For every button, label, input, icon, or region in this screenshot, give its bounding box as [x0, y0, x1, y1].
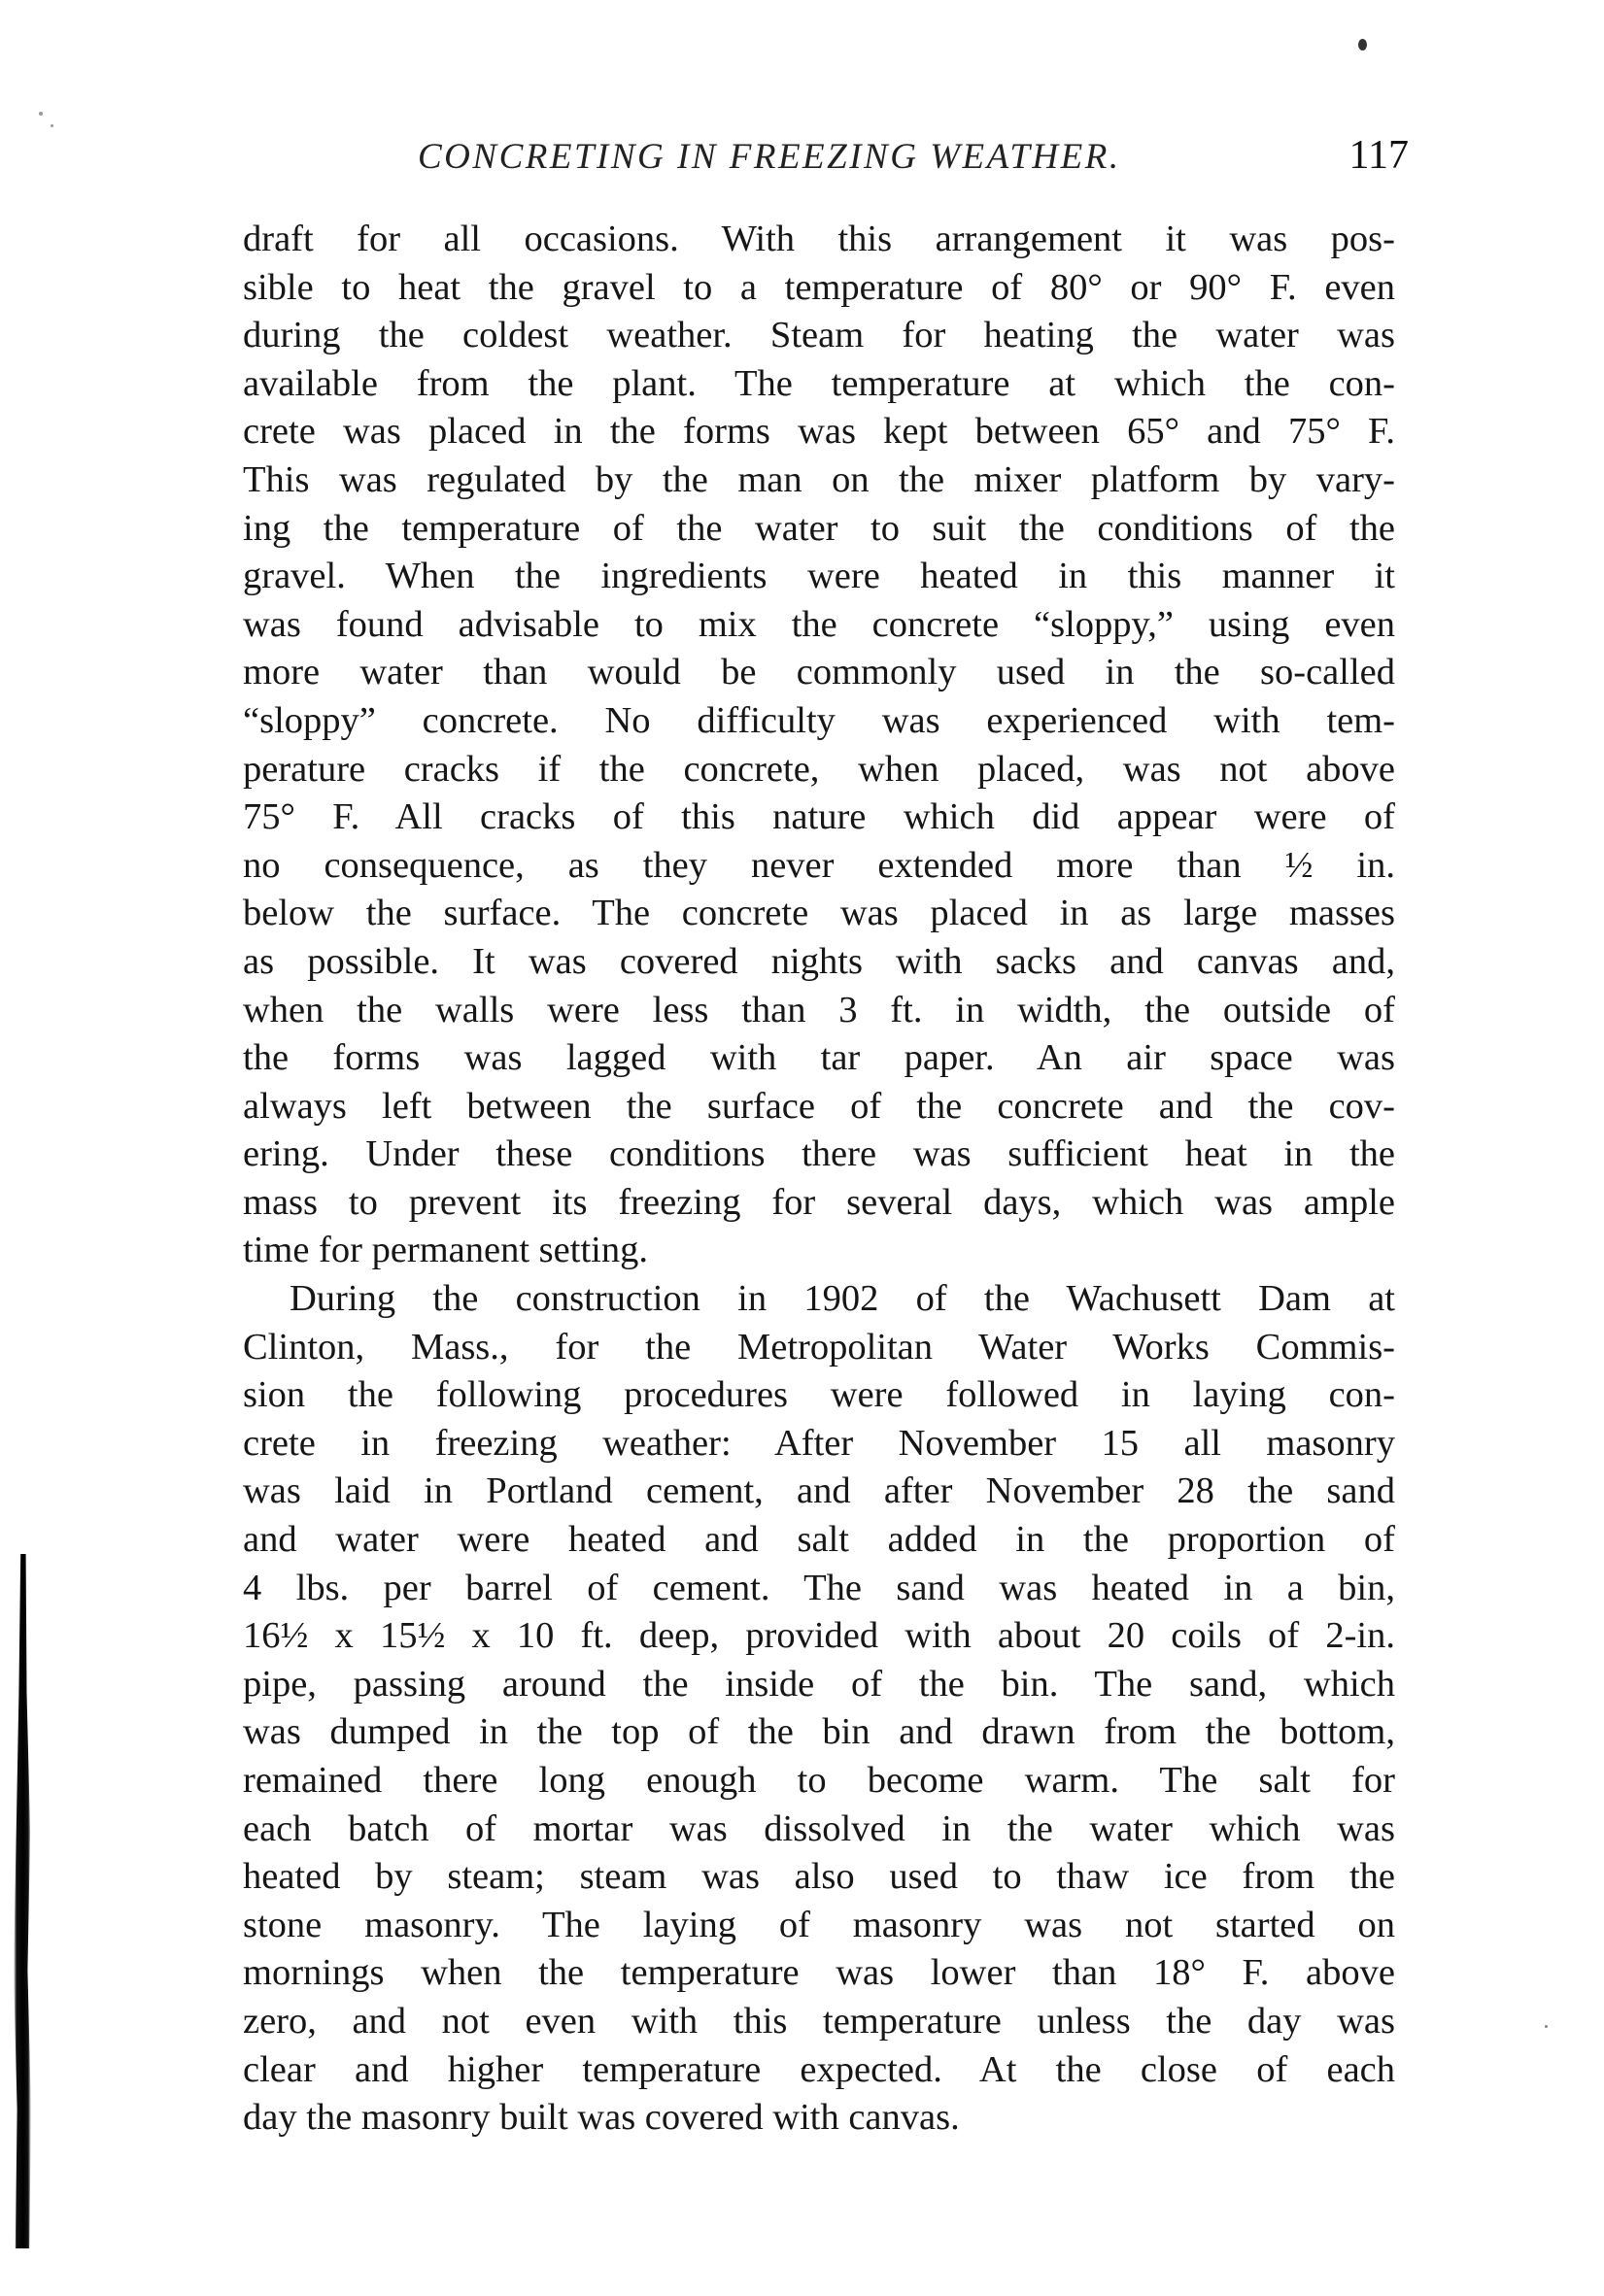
- text-line: 4 lbs. per barrel of cement. The sand wa…: [243, 1565, 1395, 1613]
- body-text: draft for all occasions. With this arran…: [243, 216, 1395, 2143]
- text-line: clear and higher temperature expected. A…: [243, 2046, 1395, 2095]
- text-line: sion the following procedures were follo…: [243, 1371, 1395, 1420]
- text-line: was found advisable to mix the concrete …: [243, 601, 1395, 650]
- text-line: mornings when the temperature was lower …: [243, 1949, 1395, 1998]
- text-line: draft for all occasions. With this arran…: [243, 216, 1395, 264]
- text-line: as possible. It was covered nights with …: [243, 938, 1395, 987]
- text-line: crete in freezing weather: After Novembe…: [243, 1420, 1395, 1469]
- text-line: Clinton, Mass., for the Metropolitan Wat…: [243, 1324, 1395, 1372]
- text-line: when the walls were less than 3 ft. in w…: [243, 987, 1395, 1035]
- scan-artifact: [1545, 2025, 1548, 2028]
- text-line: day the masonry built was covered with c…: [243, 2094, 1395, 2143]
- text-line: was dumped in the top of the bin and dra…: [243, 1708, 1395, 1757]
- text-line: perature cracks if the concrete, when pl…: [243, 746, 1395, 794]
- text-line: 16½ x 15½ x 10 ft. deep, provided with a…: [243, 1612, 1395, 1661]
- text-line: each batch of mortar was dissolved in th…: [243, 1806, 1395, 1854]
- text-line: crete was placed in the forms was kept b…: [243, 408, 1395, 456]
- page-header: CONCRETING IN FREEZING WEATHER. 117: [418, 136, 1409, 194]
- page-number: 117: [1349, 132, 1409, 179]
- scan-artifact: [1358, 39, 1367, 51]
- text-line: sible to heat the gravel to a temperatur…: [243, 264, 1395, 313]
- text-line: available from the plant. The temperatur…: [243, 360, 1395, 409]
- text-line: mass to prevent its freezing for several…: [243, 1179, 1395, 1228]
- text-line: gravel. When the ingredients were heated…: [243, 553, 1395, 601]
- text-line: remained there long enough to become war…: [243, 1757, 1395, 1806]
- text-line: This was regulated by the man on the mix…: [243, 456, 1395, 505]
- text-line: ing the temperature of the water to suit…: [243, 505, 1395, 554]
- text-line: During the construction in 1902 of the W…: [243, 1275, 1395, 1324]
- book-page: CONCRETING IN FREEZING WEATHER. 117 draf…: [0, 0, 1604, 2296]
- text-line: 75° F. All cracks of this nature which d…: [243, 793, 1395, 842]
- text-line: more water than would be commonly used i…: [243, 649, 1395, 697]
- text-line: and water were heated and salt added in …: [243, 1516, 1395, 1565]
- text-line: “sloppy” concrete. No difficulty was exp…: [243, 697, 1395, 746]
- text-line: ering. Under these conditions there was …: [243, 1131, 1395, 1179]
- text-line: the forms was lagged with tar paper. An …: [243, 1034, 1395, 1083]
- text-line: heated by steam; steam was also used to …: [243, 1853, 1395, 1902]
- text-line: no consequence, as they never extended m…: [243, 842, 1395, 891]
- paragraph: During the construction in 1902 of the W…: [243, 1275, 1395, 2143]
- text-line: pipe, passing around the inside of the b…: [243, 1661, 1395, 1709]
- text-line: always left between the surface of the c…: [243, 1083, 1395, 1131]
- text-line: zero, and not even with this temperature…: [243, 1998, 1395, 2046]
- text-line: stone masonry. The laying of masonry was…: [243, 1902, 1395, 1950]
- running-title: CONCRETING IN FREEZING WEATHER.: [418, 136, 1121, 178]
- text-line: was laid in Portland cement, and after N…: [243, 1468, 1395, 1516]
- text-line: time for permanent setting.: [243, 1227, 1395, 1275]
- text-line: below the surface. The concrete was plac…: [243, 890, 1395, 938]
- text-line: during the coldest weather. Steam for he…: [243, 312, 1395, 360]
- scanned-binding-edge: [14, 1554, 31, 2248]
- scan-artifact: [39, 112, 43, 116]
- scan-artifact: [51, 124, 53, 127]
- paragraph: draft for all occasions. With this arran…: [243, 216, 1395, 1275]
